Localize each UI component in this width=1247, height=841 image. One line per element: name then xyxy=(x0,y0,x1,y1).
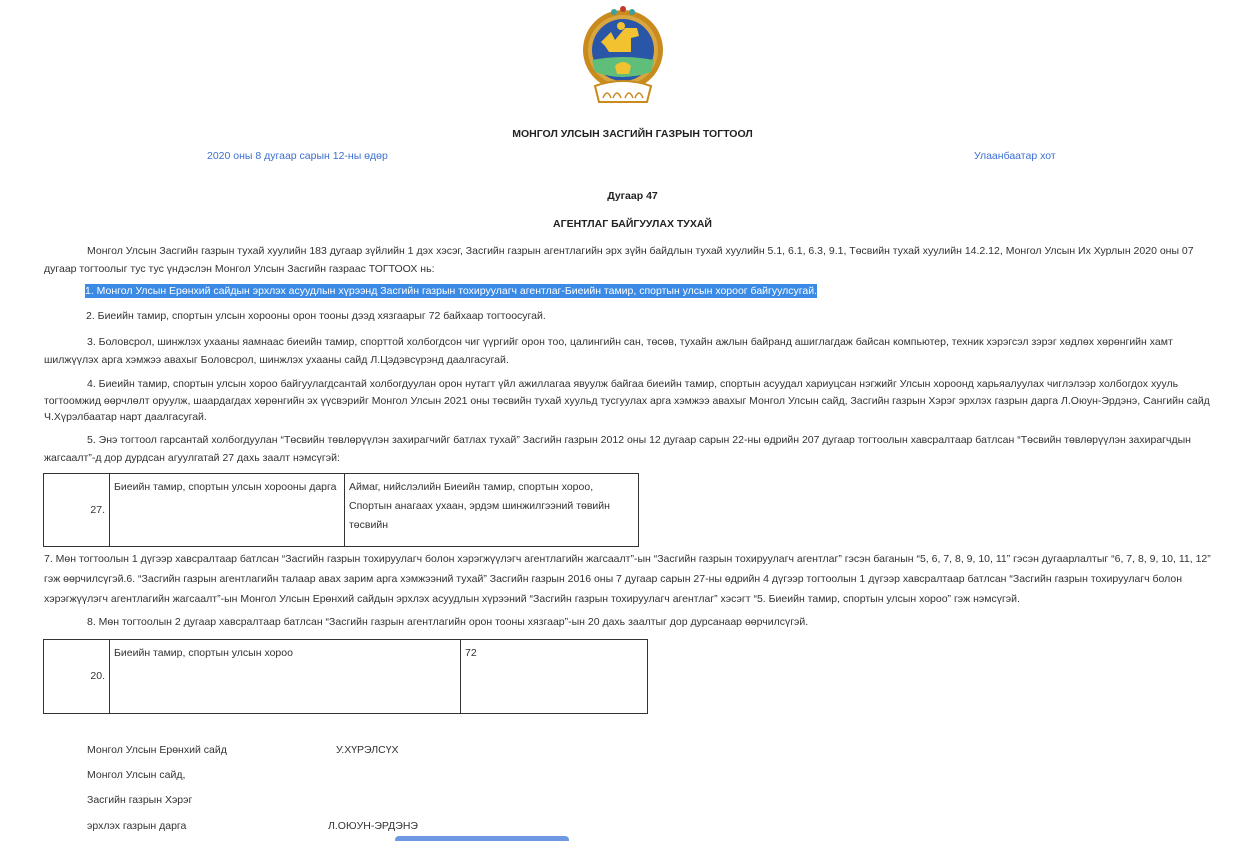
mongolia-state-emblem-icon xyxy=(581,2,665,108)
row-number: 20. xyxy=(44,640,110,714)
item-2-paragraph: 2. Биеийн тамир, спортын улсын хорооны о… xyxy=(86,310,546,322)
item-8-paragraph: 8. Мөн тогтоолын 2 дугаар хавсралтаар ба… xyxy=(87,616,808,628)
resolution-subject: АГЕНТЛАГ БАЙГУУЛАХ ТУХАЙ xyxy=(0,218,1247,230)
signature-title-prime-minister: Монгол Улсын Ерөнхий сайд xyxy=(87,744,227,756)
signature-name-prime-minister: У.ХҮРЭЛСҮХ xyxy=(336,744,399,756)
row-number: 27. xyxy=(44,474,110,547)
item-7-paragraph: 7. Мөн тогтоолын 1 дүгээр хавсралтаар ба… xyxy=(44,549,1219,609)
state-emblem xyxy=(581,2,665,108)
table-row: 20. Биеийн тамир, спортын улсын хороо 72 xyxy=(44,640,648,714)
budget-scope: Аймаг, нийслэлийн Биеийн тамир, спортын … xyxy=(345,474,639,547)
signature-title-minister: Монгол Улсын сайд, xyxy=(87,769,185,781)
staff-count: 72 xyxy=(461,640,648,714)
selected-text[interactable]: 1. Монгол Улсын Ерөнхий сайдын эрхлэх ас… xyxy=(85,284,817,298)
item-4-paragraph: 4. Биеийн тамир, спортын улсын хороо бай… xyxy=(44,376,1219,426)
position-title: Биеийн тамир, спортын улсын хорооны дарг… xyxy=(110,474,345,547)
resolution-city: Улаанбаатар хот xyxy=(974,150,1056,162)
agency-name: Биеийн тамир, спортын улсын хороо xyxy=(110,640,461,714)
preamble-paragraph: Монгол Улсын Засгийн газрын тухай хуулий… xyxy=(44,243,1219,278)
table-row: 27. Биеийн тамир, спортын улсын хорооны … xyxy=(44,474,639,547)
document-title: МОНГОЛ УЛСЫН ЗАСГИЙН ГАЗРЫН ТОГТООЛ xyxy=(0,128,1247,140)
signature-title-cabinet-head: эрхлэх газрын дарга xyxy=(87,820,186,832)
floating-button[interactable] xyxy=(395,836,569,841)
resolution-date: 2020 оны 8 дугаар сарын 12-ны өдөр xyxy=(207,150,388,162)
item-3-paragraph: 3. Боловсрол, шинжлэх ухааны яамнаас бие… xyxy=(44,334,1219,369)
item-1-selected-text[interactable]: 1. Монгол Улсын Ерөнхий сайдын эрхлэх ас… xyxy=(85,285,817,297)
item-5-paragraph: 5. Энэ тогтоол гарсантай холбогдуулан “Т… xyxy=(44,432,1219,467)
signature-name-cabinet-head: Л.ОЮУН-ЭРДЭНЭ xyxy=(328,820,418,832)
budget-manager-table: 27. Биеийн тамир, спортын улсын хорооны … xyxy=(43,473,639,547)
staff-limit-table: 20. Биеийн тамир, спортын улсын хороо 72 xyxy=(43,639,648,714)
signature-title-cabinet-office: Засгийн газрын Хэрэг xyxy=(87,794,192,806)
resolution-number: Дугаар 47 xyxy=(0,190,1247,202)
